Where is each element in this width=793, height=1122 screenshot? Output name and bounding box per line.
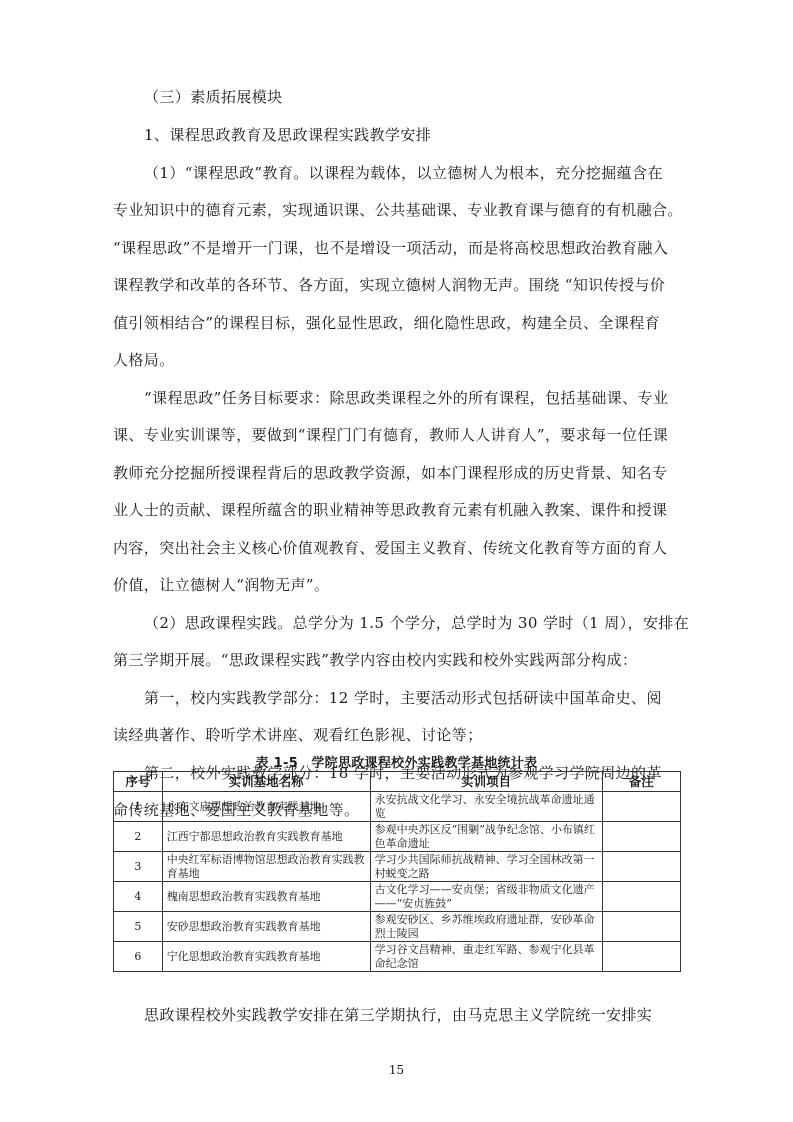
cell-project: 古文化学习——安贞堡；省级非物质文化遗产——“安贞旌鼓” [370, 882, 602, 912]
text-line: 业人士的贡献、课程所蕴含的职业精神等思政教育元素有机融入教案、课件和授课 [113, 500, 667, 520]
table-row: 5 安砂思想政治教育实践教育基地 参观安砂区、乡苏维埃政府遗址群，安砂革命烈士陵… [114, 912, 681, 942]
text-line: “课程思政”任务目标要求：除思政类课程之外的所有课程，包括基础课、专业 [144, 388, 668, 408]
cell-base-name: 永安文庙思想政治教育实践基地 [162, 792, 370, 822]
cell-no: 2 [114, 822, 163, 852]
text-line: 教师充分挖掘所授课程背后的思政教学资源，如本门课程形成的历史背景、知名专 [113, 463, 667, 483]
text-line: （1）“课程思政”教育。以课程为载体，以立德树人为根本，充分挖掘蕴含在 [144, 163, 663, 183]
text-line: “课程思政”不是增开一门课，也不是增设一项活动，而是将高校思想政治教育融入 [113, 238, 668, 258]
text-line: 内容，突出社会主义核心价值观教育、爱国主义教育、传统文化教育等方面的育人 [113, 538, 667, 558]
cell-project: 学习少共国际师抗战精神、学习全国林改第一村蜕变之路 [370, 852, 602, 882]
text-line: 课、专业实训课等，要做到“课程门门有德育，教师人人讲育人”，要求每一位任课 [113, 425, 668, 445]
cell-project: 永安抗战文化学习、永安全境抗战革命遗址通览 [370, 792, 602, 822]
cell-base-name: 中央红军标语博物馆思想政治教育实践教育基地 [162, 852, 370, 882]
cell-project: 学习谷文昌精神、重走红军路、参观宁化县革命纪念馆 [370, 942, 602, 972]
cell-note [602, 852, 680, 882]
cell-base-name: 江西宁都思想政治教育实践教育基地 [162, 822, 370, 852]
document-page: （三）素质拓展模块1、课程思政教育及思政课程实践教学安排（1）“课程思政”教育。… [0, 0, 793, 1122]
paragraph-after-table: 思政课程校外实践教学安排在第三学期执行，由马克思主义学院统一安排实 [144, 1005, 652, 1025]
text-line: 课程教学和改革的各环节、各方面，实现立德树人润物无声。围绕 “知识传授与价 [113, 275, 665, 295]
cell-note [602, 942, 680, 972]
text-line: 专业知识中的德育元素，实现通识课、公共基础课、专业教育课与德育的有机融合。 [113, 200, 683, 220]
header-no: 序号 [114, 772, 163, 792]
table-caption: 表 1-5 学院思政课程校外实践教学基地统计表 [113, 752, 680, 771]
cell-base-name: 槐南思想政治教育实践教育基地 [162, 882, 370, 912]
text-line: 值引领相结合”的课程目标，强化显性思政，细化隐性思政，构建全员、全课程育 [113, 313, 660, 333]
cell-note [602, 912, 680, 942]
cell-base-name: 安砂思想政治教育实践教育基地 [162, 912, 370, 942]
table-row: 6 宁化思想政治教育实践教育基地 学习谷文昌精神、重走红军路、参观宁化县革命纪念… [114, 942, 681, 972]
text-line: 人格局。 [113, 350, 175, 370]
cell-no: 6 [114, 942, 163, 972]
cell-no: 4 [114, 882, 163, 912]
table-row: 2 江西宁都思想政治教育实践教育基地 参观中央苏区反“围剿”战争纪念馆、小布镇红… [114, 822, 681, 852]
header-base-name: 实训基地名称 [162, 772, 370, 792]
text-line: （三）素质拓展模块 [144, 87, 283, 107]
text-line: 1、课程思政教育及思政课程实践教学安排 [144, 125, 431, 145]
text-line: 价值，让立德树人“润物无声”。 [113, 575, 329, 595]
table-row: 1 永安文庙思想政治教育实践基地 永安抗战文化学习、永安全境抗战革命遗址通览 [114, 792, 681, 822]
cell-project: 参观中央苏区反“围剿”战争纪念馆、小布镇红色革命遗址 [370, 822, 602, 852]
practice-base-table: 序号 实训基地名称 实训项目 备注 1 永安文庙思想政治教育实践基地 永安抗战文… [113, 771, 681, 972]
cell-base-name: 宁化思想政治教育实践教育基地 [162, 942, 370, 972]
text-line: （2）思政课程实践。总学分为 1.5 个学分，总学时为 30 学时（1 周），安… [144, 613, 689, 633]
header-note: 备注 [602, 772, 680, 792]
cell-note [602, 882, 680, 912]
text-line: 第一，校内实践教学部分：12 学时，主要活动形式包括研读中国革命史、阅 [144, 688, 662, 708]
cell-note [602, 792, 680, 822]
table-header-row: 序号 实训基地名称 实训项目 备注 [114, 772, 681, 792]
cell-note [602, 822, 680, 852]
header-project: 实训项目 [370, 772, 602, 792]
table-row: 4 槐南思想政治教育实践教育基地 古文化学习——安贞堡；省级非物质文化遗产——“… [114, 882, 681, 912]
cell-no: 5 [114, 912, 163, 942]
table-row: 3 中央红军标语博物馆思想政治教育实践教育基地 学习少共国际师抗战精神、学习全国… [114, 852, 681, 882]
cell-no: 1 [114, 792, 163, 822]
cell-no: 3 [114, 852, 163, 882]
page-number: 15 [0, 1063, 793, 1077]
cell-project: 参观安砂区、乡苏维埃政府遗址群，安砂革命烈士陵园 [370, 912, 602, 942]
text-line: 第三学期开展。“思政课程实践”教学内容由校内实践和校外实践两部分构成： [113, 650, 637, 670]
text-line: 读经典著作、聆听学术讲座、观看红色影视、讨论等； [113, 725, 483, 745]
